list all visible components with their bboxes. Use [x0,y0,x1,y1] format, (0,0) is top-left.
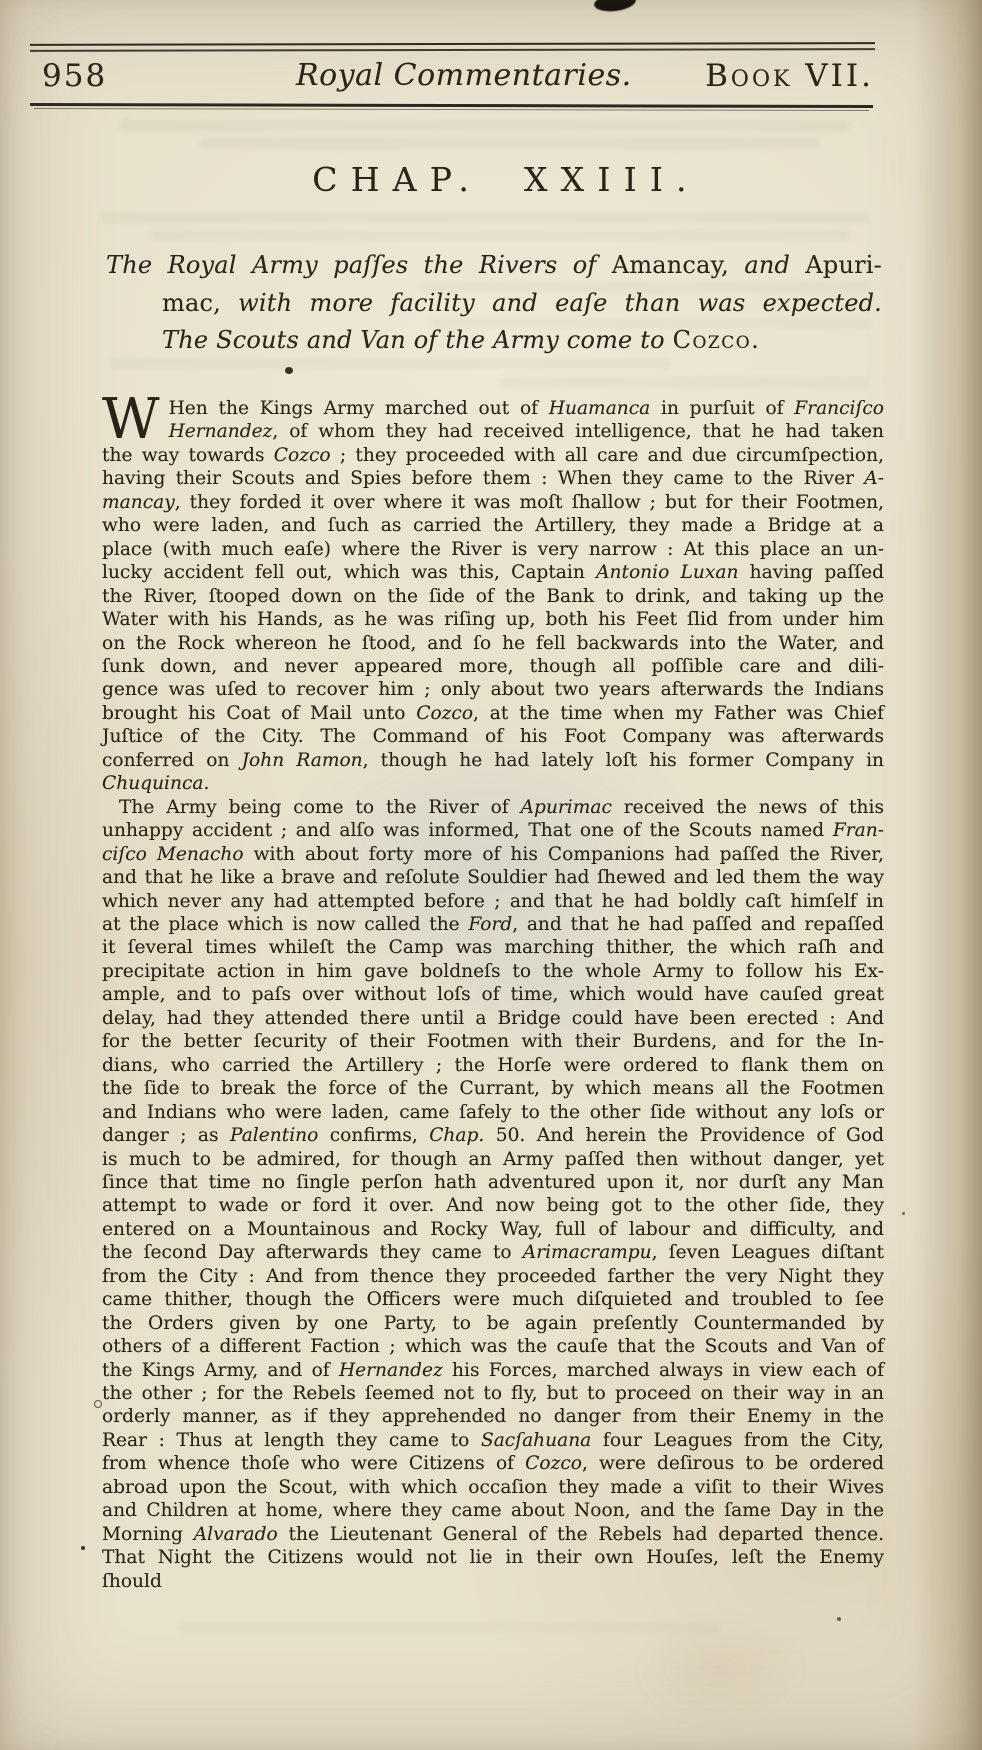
body-line: That Night the Citizens would not lie in… [102,1546,884,1569]
roman-text: ſince that time no ſingle perſon hath ad… [102,1172,884,1193]
body-line: the River, ſtooped down on the ſide of t… [102,585,884,608]
argument-line: mac, with more facility and eaſe than wa… [162,285,882,323]
roman-text: which never any had attempted before ; a… [102,891,884,912]
roman-text: , and that he had paſſed and repaſſed [512,914,884,935]
body-line: danger ; as Palentino confirms, Chap. 50… [102,1124,884,1147]
roman-text: his Forces, marched always in view each … [443,1360,884,1381]
roman-text: Hen the Kings Army marched out of [169,398,549,419]
roman-text: ; they proceeded with all care and due c… [331,445,884,466]
body-line: the way towards Cozco ; they proceeded w… [102,444,884,467]
roman-text: having paſſed [738,562,884,583]
paragraph-1-opening: W Hen the Kings Army marched out of Huam… [102,397,884,444]
header-rule-top [30,42,875,46]
roman-text: danger ; as [102,1125,230,1146]
body-line: unhappy accident ; and alſo was informed… [102,819,884,842]
roman-text: attempt to wade or ford it over. And now… [102,1195,884,1216]
roman-text: confirms, [318,1125,429,1146]
roman-text: Amancay, [612,251,729,279]
book-label: Book VII. [705,58,874,94]
italic-text: Hernandez [169,421,273,442]
running-title: Royal Commentaries. [296,58,632,93]
roman-text: and that he like a brave and reſolute So… [102,867,884,888]
roman-text: Apuri- [805,251,882,279]
italic-text: Apurimac [521,797,612,818]
drop-cap: W [102,398,160,442]
italic-text: Cozco [416,703,473,724]
argument-line: The Royal Army paſſes the Rivers of Aman… [106,247,882,285]
roman-text: Water with his Hands, as he was riſing u… [102,609,884,630]
body-line: ſince that time no ſingle perſon hath ad… [102,1171,884,1194]
body-line: Water with his Hands, as he was riſing u… [102,608,884,631]
body-line: and Indians who were laden, came ſafely … [102,1101,884,1124]
chapter-heading: CHAP. XXIII. [0,160,982,199]
body-line: orderly manner, as if they apprehended n… [102,1405,884,1428]
body-line: The Army being come to the River of Apur… [102,796,884,819]
italic-text: and [729,251,805,279]
roman-text: place (with much eaſe) where the River i… [102,539,884,560]
body-line: Rear : Thus at length they came to Sacſa… [102,1429,884,1452]
roman-text: for the better ſecurity of their Footmen… [102,1031,884,1052]
italic-text: The Royal Army paſſes the Rivers of [106,251,612,279]
chapter-argument: The Royal Army paſſes the Rivers of Aman… [106,247,882,360]
italic-text: Arimacrampu [523,1242,652,1263]
body-line: Chuquinca. [102,772,884,795]
body-line: Juſtice of the City. The Command of his … [102,725,884,748]
roman-text: . [203,773,209,794]
roman-text: , ſeven Leagues diſtant [652,1242,884,1263]
body-line: place (with much eaſe) where the River i… [102,538,884,561]
body-line: Hen the Kings Army marched out of Huaman… [169,397,884,420]
roman-text: precipitate action in him gave boldneſs … [102,961,884,982]
italic-text: Chuquinca [102,773,203,794]
body-line: is much to be admired, for though an Arm… [102,1148,884,1171]
body-line: and Children at home, where they came ab… [102,1499,884,1522]
italic-text: Franciſco [794,398,884,419]
paragraph-1-opening-lines: Hen the Kings Army marched out of Huaman… [169,397,884,444]
roman-text: on the Rock whereon he ſtood, and ſo he … [102,633,884,654]
body-line: and that he like a brave and reſolute So… [102,866,884,889]
body-line: the Kings Army, and of Hernandez his For… [102,1359,884,1382]
roman-text: mac, [162,289,221,317]
body-line: it ſeveral times whileſt the Camp was ma… [102,936,884,959]
body-line: brought his Coat of Mail unto Cozco, at … [102,702,884,725]
body-line: abroad upon the Scout, with which occaſi… [102,1476,884,1499]
roman-text: , though he had lately loſt his former C… [363,750,884,771]
roman-text: at the place which is now called the [102,914,468,935]
italic-text: ciſco Menacho [102,844,244,865]
scanned-book-page: { "page": { "paper_color": "#e8e1cc", "i… [0,0,982,1750]
body-line: ſunk down, and never appeared more, thou… [102,655,884,678]
italic-text: with more facility and eaſe than was exp… [221,289,882,317]
roman-text: is much to be admired, for though an Arm… [102,1149,884,1170]
roman-text: the ſide to break the force of the Curra… [102,1078,884,1099]
roman-text: The Army being come to the River of [119,797,521,818]
body-line: which never any had attempted before ; a… [102,890,884,913]
body-line: from whence thoſe who were Citizens of C… [102,1452,884,1475]
roman-text: brought his Coat of Mail unto [102,703,416,724]
roman-text: the Lieutenant General of the Rebels had… [278,1524,884,1545]
body-line: the ſecond Day afterwards they came to A… [102,1241,884,1264]
body-line: on the Rock whereon he ſtood, and ſo he … [102,632,884,655]
argument-line: The Scouts and Van of the Army come to C… [162,322,882,360]
header-rule-top-2 [30,48,875,52]
paper-speck [837,1617,841,1621]
paper-stain [640,1620,800,1720]
body-line: Morning Alvarado the Lieutenant General … [102,1523,884,1546]
body-line: ciſco Menacho with about forty more of h… [102,843,884,866]
italic-text: Cozco [525,1453,582,1474]
roman-text: conferred on [102,750,242,771]
roman-text: came thither, though the Officers were m… [102,1289,884,1310]
roman-text: from whence thoſe who were Citizens of [102,1453,525,1474]
italic-text: Chap. [429,1125,484,1146]
body-line: came thither, though the Officers were m… [102,1288,884,1311]
italic-text: Hernandez [339,1360,443,1381]
body-line: for the better ſecurity of their Footmen… [102,1030,884,1053]
roman-text: and Children at home, where they came ab… [102,1500,884,1521]
italic-text: Huamanca [549,398,650,419]
roman-text: from the City : And from thence they pro… [102,1266,884,1287]
roman-text: , they forded it over where it was moſt … [175,492,884,513]
body-line: entered on a Mountainous and Rocky Way, … [102,1218,884,1241]
italic-text: The Scouts and Van of the Army come to [162,326,673,354]
italic-text: Sacſahuana [481,1430,591,1451]
bleedthrough-ghost [200,138,820,149]
bleedthrough-ghost [150,230,850,241]
body-line: the Orders given by one Party, to be aga… [102,1312,884,1335]
ink-blot-artifact [593,0,637,13]
roman-text: the other ; for the Rebels ſeemed not to… [102,1383,884,1404]
italic-text: John Ramon [242,750,363,771]
page-number: 958 [42,58,107,94]
body-line: from the City : And from thence they pro… [102,1265,884,1288]
catchword: ſhould [102,1570,884,1593]
roman-text: the Orders given by one Party, to be aga… [102,1313,884,1334]
roman-text: Morning [102,1524,194,1545]
body-line: lucky accident fell out, which was this,… [102,561,884,584]
bleedthrough-ghost [110,358,670,369]
body-line: conferred on John Ramon, though he had l… [102,749,884,772]
italic-text: mancay [102,492,175,513]
body-line: others of a different Faction ; which wa… [102,1335,884,1358]
body-line: precipitate action in him gave boldneſs … [102,960,884,983]
roman-text: entered on a Mountainous and Rocky Way, … [102,1219,884,1240]
italic-text: Alvarado [194,1524,278,1545]
small-caps-text: Cozco. [673,326,761,354]
body-line: at the place which is now called the For… [102,913,884,936]
roman-text: four Leagues from the City, [591,1430,884,1451]
roman-text: , of whom they had received intelligence… [272,421,884,442]
roman-text: delay, had they attended there until a B… [102,1008,884,1029]
italic-text: Cozco [274,445,331,466]
italic-text: Fran- [833,820,884,841]
bleedthrough-ghost [180,1622,720,1633]
roman-text: the Kings Army, and of [102,1360,339,1381]
roman-text: the way towards [102,445,274,466]
roman-text: received the news of this [612,797,884,818]
body-text: W Hen the Kings Army marched out of Huam… [102,397,884,1593]
roman-text: ample, and to paſs over without loſs of … [102,984,884,1005]
body-line: who were laden, and ſuch as carried the … [102,514,884,537]
header-rule-bottom [30,103,873,108]
body-line: the ſide to break the force of the Curra… [102,1077,884,1100]
roman-text: in purſuit of [650,398,794,419]
roman-text: orderly manner, as if they apprehended n… [102,1406,884,1427]
roman-text: others of a different Faction ; which wa… [102,1336,884,1357]
bleedthrough-ghost [120,120,850,131]
roman-text: it ſeveral times whileſt the Camp was ma… [102,937,884,958]
roman-text: unhappy accident ; and alſo was informed… [102,820,833,841]
bleedthrough-ghost [500,377,870,388]
roman-text: the ſecond Day afterwards they came to [102,1242,523,1263]
roman-text: Juſtice of the City. The Command of his … [102,726,884,747]
body-line: the other ; for the Rebels ſeemed not to… [102,1382,884,1405]
italic-text: Ford [468,914,512,935]
paper-speck [902,1212,905,1215]
roman-text: and Indians who were laden, came ſafely … [102,1102,884,1123]
roman-text: , at the time when my Father was Chief [473,703,884,724]
roman-text: gence was uſed to recover him ; only abo… [102,679,884,700]
italic-text: Antonio Luxan [596,562,738,583]
roman-text: having their Scouts and Spies before the… [102,468,864,489]
roman-text: the River, ſtooped down on the ſide of t… [102,586,884,607]
body-line: Hernandez, of whom they had received int… [169,420,884,443]
paper-speck [94,1400,102,1408]
roman-text: , were deſirous to be ordered [582,1453,884,1474]
ink-dot-ornament [285,367,293,374]
paragraph-1: the way towards Cozco ; they proceeded w… [102,444,884,796]
italic-text: Palentino [230,1125,318,1146]
body-line: attempt to wade or ford it over. And now… [102,1194,884,1217]
paper-speck [81,1546,85,1550]
body-line: dians, who carried the Artillery ; the H… [102,1054,884,1077]
bleedthrough-ghost [100,212,870,223]
roman-text: abroad upon the Scout, with which occaſi… [102,1477,884,1498]
body-line: ample, and to paſs over without loſs of … [102,983,884,1006]
roman-text: ſunk down, and never appeared more, thou… [102,656,884,677]
italic-text: A- [864,468,884,489]
roman-text: who were laden, and ſuch as carried the … [102,515,884,536]
body-line: delay, had they attended there until a B… [102,1007,884,1030]
roman-text: That Night the Citizens would not lie in… [102,1547,884,1568]
roman-text: with about forty more of his Companions … [244,844,884,865]
roman-text: Rear : Thus at length they came to [102,1430,481,1451]
body-line: mancay, they forded it over where it was… [102,491,884,514]
roman-text: 50. And herein the Providence of God [484,1125,884,1146]
paragraph-2: The Army being come to the River of Apur… [102,796,884,1570]
roman-text: dians, who carried the Artillery ; the H… [102,1055,884,1076]
roman-text: lucky accident fell out, which was this,… [102,562,596,583]
header-rule-bottom-2 [34,108,869,111]
body-line: having their Scouts and Spies before the… [102,467,884,490]
body-line: gence was uſed to recover him ; only abo… [102,678,884,701]
